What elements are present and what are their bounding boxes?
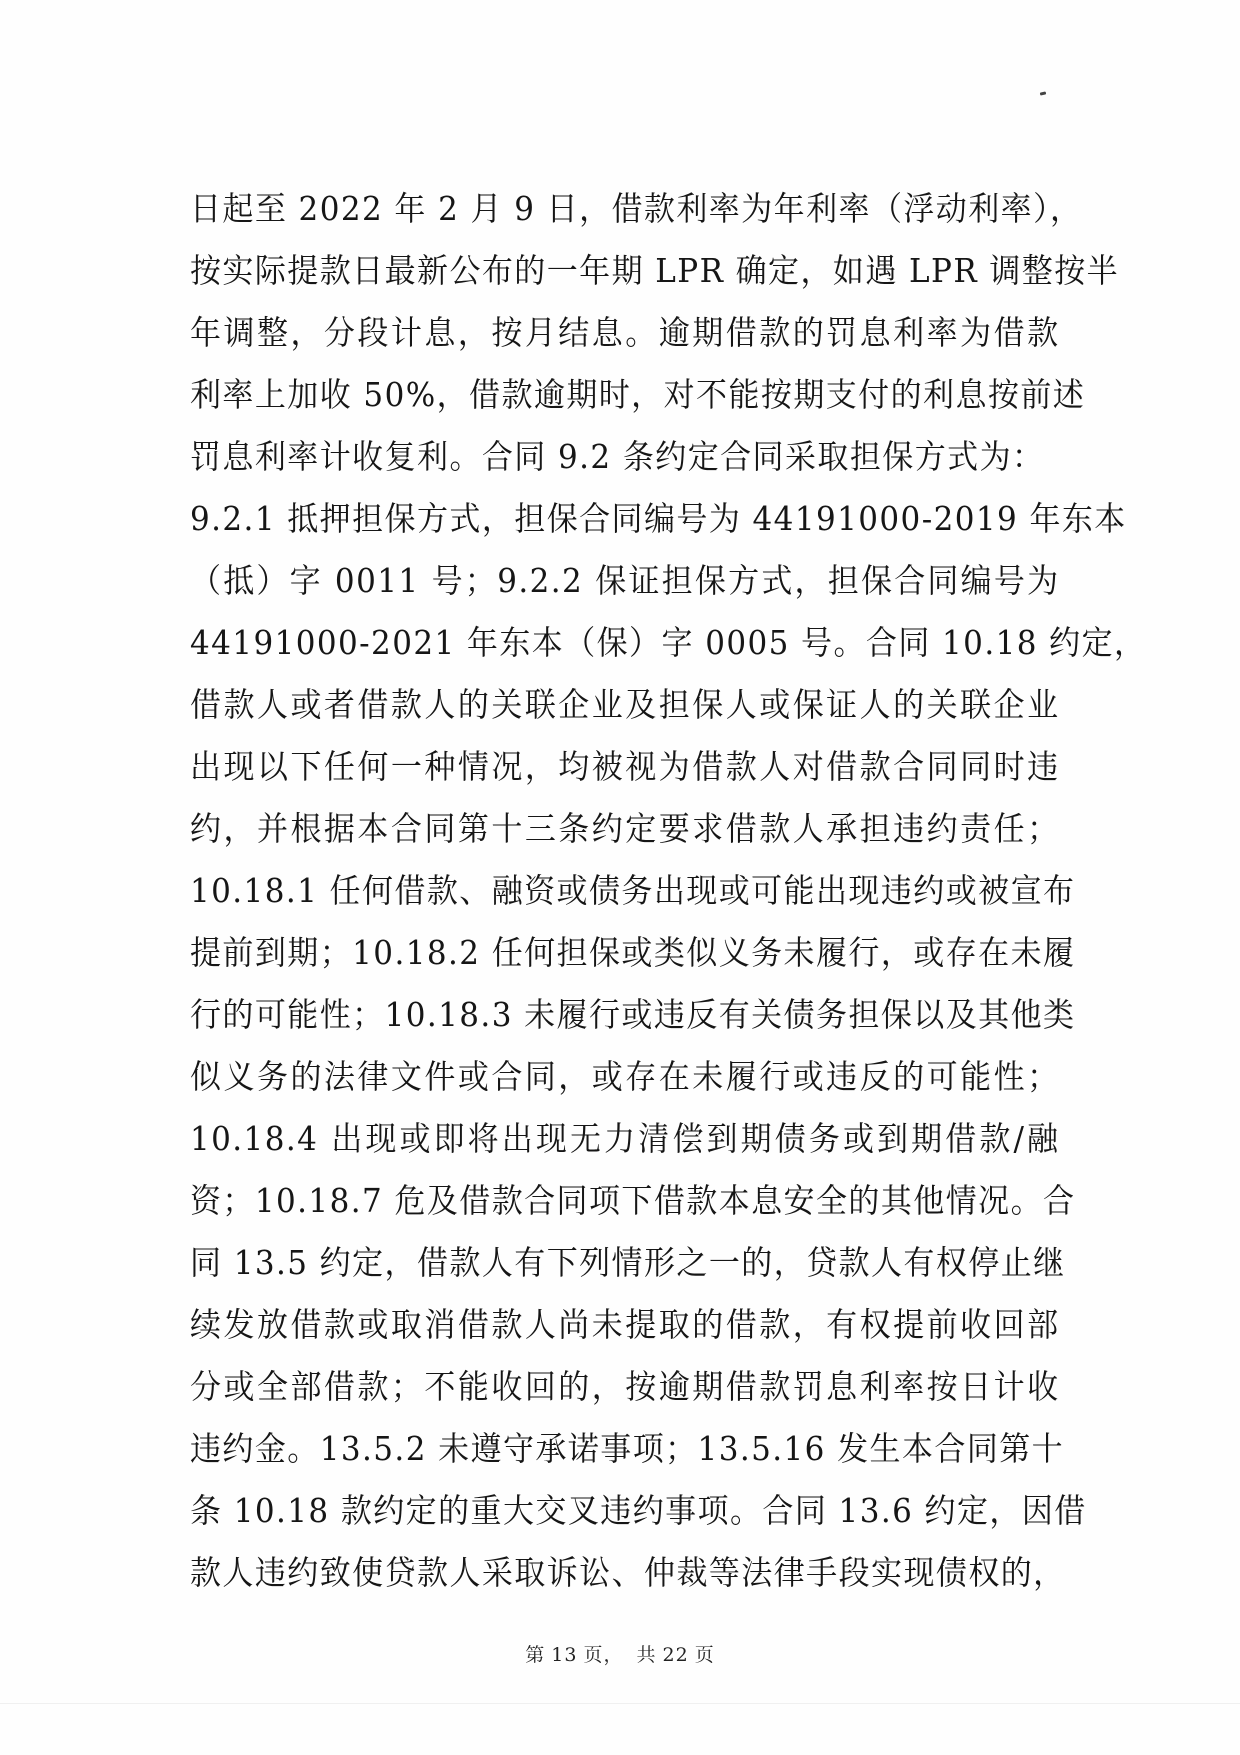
document-body: 日起至 2022 年 2 月 9 日，借款利率为年利率（浮动利率）， 按实际提款…: [190, 178, 1060, 1604]
text-line: 按实际提款日最新公布的一年期 LPR 确定，如遇 LPR 调整按半: [190, 240, 1060, 302]
text-line: 条 10.18 款约定的重大交叉违约事项。合同 13.6 约定，因借: [190, 1480, 1060, 1542]
scan-edge-divider: [0, 1703, 1240, 1704]
page-suffix: 页，: [583, 1644, 623, 1666]
text-line: 提前到期；10.18.2 任何担保或类似义务未履行，或存在未履: [190, 922, 1060, 984]
text-line: 借款人或者借款人的关联企业及担保人或保证人的关联企业: [190, 674, 1060, 736]
text-line: 违约金。13.5.2 未遵守承诺事项；13.5.16 发生本合同第十: [190, 1418, 1060, 1480]
page-prefix: 第: [525, 1644, 545, 1666]
text-line: 年调整，分段计息，按月结息。逾期借款的罚息利率为借款: [190, 302, 1060, 364]
text-line: 行的可能性；10.18.3 未履行或违反有关债务担保以及其他类: [190, 984, 1060, 1046]
total-page-count: 22: [663, 1644, 689, 1666]
text-line: 10.18.1 任何借款、融资或债务出现或可能出现违约或被宣布: [190, 860, 1060, 922]
text-line: 分或全部借款；不能收回的，按逾期借款罚息利率按日计收: [190, 1356, 1060, 1418]
text-line: 出现以下任何一种情况，均被视为借款人对借款合同同时违: [190, 736, 1060, 798]
text-line: 44191000-2021 年东本（保）字 0005 号。合同 10.18 约定…: [190, 612, 1060, 674]
text-line: 日起至 2022 年 2 月 9 日，借款利率为年利率（浮动利率），: [190, 178, 1060, 240]
total-prefix: 共: [637, 1644, 657, 1666]
text-line: 资；10.18.7 危及借款合同项下借款本息安全的其他情况。合: [190, 1170, 1060, 1232]
text-line: 同 13.5 约定，借款人有下列情形之一的，贷款人有权停止继: [190, 1232, 1060, 1294]
text-line: 利率上加收 50%，借款逾期时，对不能按期支付的利息按前述: [190, 364, 1060, 426]
text-line: 款人违约致使贷款人采取诉讼、仲裁等法律手段实现债权的，: [190, 1542, 1060, 1604]
document-page: 日起至 2022 年 2 月 9 日，借款利率为年利率（浮动利率）， 按实际提款…: [0, 0, 1240, 1755]
total-suffix: 页: [695, 1644, 715, 1666]
scan-mark-icon: [1040, 91, 1046, 95]
text-line: （抵）字 0011 号；9.2.2 保证担保方式，担保合同编号为: [190, 550, 1060, 612]
current-page-number: 13: [551, 1644, 577, 1666]
text-line: 9.2.1 抵押担保方式，担保合同编号为 44191000-2019 年东本: [190, 488, 1060, 550]
text-line: 续发放借款或取消借款人尚未提取的借款，有权提前收回部: [190, 1294, 1060, 1356]
text-line: 10.18.4 出现或即将出现无力清偿到期债务或到期借款/融: [190, 1108, 1060, 1170]
text-line: 罚息利率计收复利。合同 9.2 条约定合同采取担保方式为：: [190, 426, 1060, 488]
page-number-footer: 第13页， 共22页: [0, 1640, 1240, 1667]
text-line: 似义务的法律文件或合同，或存在未履行或违反的可能性；: [190, 1046, 1060, 1108]
text-line: 约，并根据本合同第十三条约定要求借款人承担违约责任；: [190, 798, 1060, 860]
